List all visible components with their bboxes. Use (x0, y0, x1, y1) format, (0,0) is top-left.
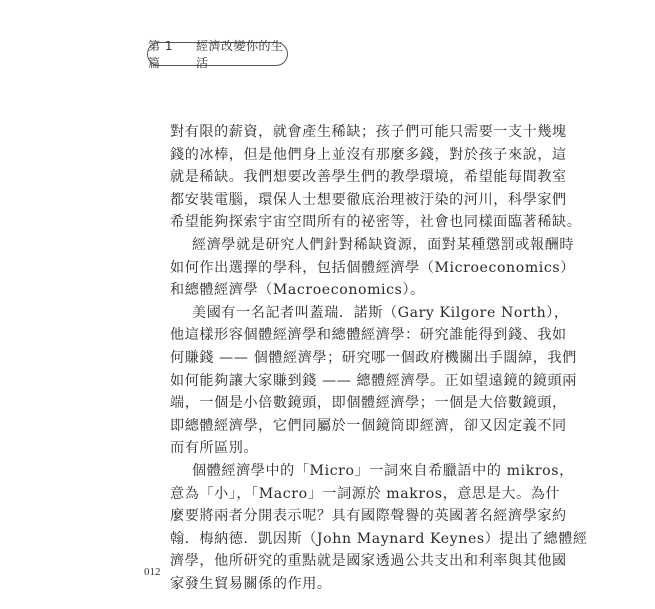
text-line: 家發生貿易關係的作用。 (170, 573, 492, 596)
text-line: 美國有一名記者叫蓋瑞．諾斯（Gary Kilgore North）， (170, 302, 492, 325)
text-line: 翰．梅納德．凱因斯（John Maynard Keynes）提出了總體經 (170, 528, 492, 551)
text-line: 麼要將兩者分開表示呢？具有國際聲譽的英國著名經濟學家約 (170, 505, 492, 528)
text-line: 希望能夠探索宇宙空間所有的祕密等，社會也同樣面臨著稀缺。 (170, 211, 492, 234)
part-label: 第 1 篇 (148, 37, 186, 71)
chapter-header: 第 1 篇 經濟改變你的生活 (147, 42, 288, 66)
chapter-title: 經濟改變你的生活 (196, 37, 287, 71)
text-line: 就是稀缺。我們想要改善學生們的教學環境，希望能每間教室 (170, 166, 492, 189)
text-line: 即總體經濟學，它們同屬於一個鏡筒即經濟，卻又因定義不同 (170, 415, 492, 438)
text-line: 錢的冰棒，但是他們身上並沒有那麼多錢，對於孩子來說，這 (170, 144, 492, 167)
page-number: 012 (144, 566, 161, 578)
text-line: 如何能夠讓大家賺到錢 —— 總體經濟學。正如望遠鏡的鏡頭兩 (170, 370, 492, 393)
text-line: 對有限的薪資，就會產生稀缺；孩子們可能只需要一支十幾塊 (170, 121, 492, 144)
text-line: 何賺錢 —— 個體經濟學；研究哪一個政府機關出手闊綽，我們 (170, 347, 492, 370)
body-text: 對有限的薪資，就會產生稀缺；孩子們可能只需要一支十幾塊錢的冰棒，但是他們身上並沒… (170, 121, 492, 595)
text-line: 和總體經濟學（Macroeconomics）。 (170, 279, 492, 302)
text-line: 意為「小」，「Macro」一詞源於 makros，意思是大。為什 (170, 483, 492, 506)
text-line: 濟學，他所研究的重點就是國家透過公共支出和利率與其他國 (170, 550, 492, 573)
text-line: 他這樣形容個體經濟學和總體經濟學：研究誰能得到錢、我如 (170, 324, 492, 347)
text-line: 而有所區別。 (170, 437, 492, 460)
text-line: 經濟學就是研究人們針對稀缺資源，面對某種懲罰或報酬時 (170, 234, 492, 257)
text-line: 都安裝電腦，環保人士想要徹底治理被汙染的河川，科學家們 (170, 189, 492, 212)
text-line: 如何作出選擇的學科，包括個體經濟學（Microeconomics） (170, 257, 492, 280)
text-line: 端，一個是小倍數鏡頭，即個體經濟學；一個是大倍數鏡頭， (170, 392, 492, 415)
text-line: 個體經濟學中的「Micro」一詞來自希臘語中的 mikros， (170, 460, 492, 483)
